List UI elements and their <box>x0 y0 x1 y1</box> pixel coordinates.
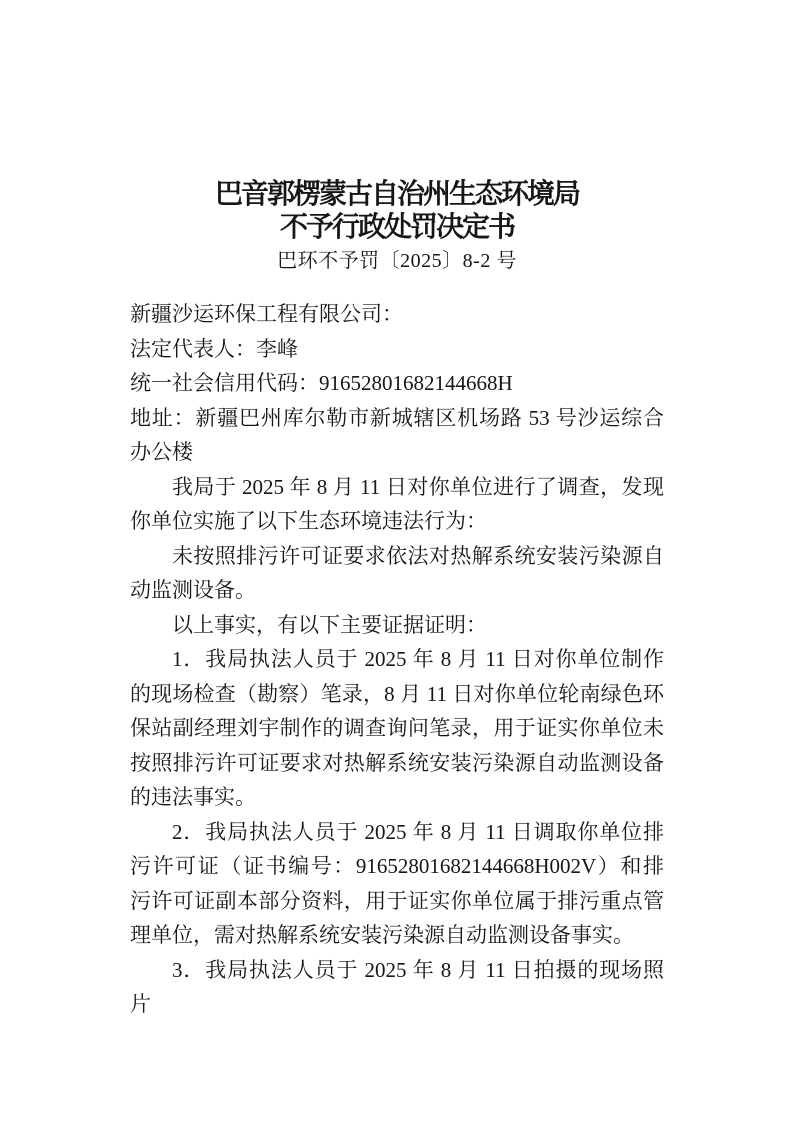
recipient-line: 新疆沙运环保工程有限公司： <box>130 297 664 332</box>
evidence-item-3: 3．我局执法人员于 2025 年 8 月 11 日拍摄的现场照片 <box>130 953 664 1022</box>
document-title-org: 巴音郭楞蒙古自治州生态环境局 <box>130 178 664 211</box>
evidence-intro-paragraph: 以上事实，有以下主要证据证明： <box>130 608 664 643</box>
violation-paragraph: 未按照排污许可证要求依法对热解系统安装污染源自动监测设备。 <box>130 539 664 608</box>
document-body: 新疆沙运环保工程有限公司： 法定代表人：李峰 统一社会信用代码：91652801… <box>130 297 664 1022</box>
investigation-paragraph: 我局于 2025 年 8 月 11 日对你单位进行了调查，发现你单位实施了以下生… <box>130 470 664 539</box>
evidence-item-1: 1．我局执法人员于 2025 年 8 月 11 日对你单位制作的现场检查（勘察）… <box>130 642 664 815</box>
document-page: 巴音郭楞蒙古自治州生态环境局 不予行政处罚决定书 巴环不予罚〔2025〕8-2 … <box>0 0 793 1122</box>
evidence-item-2: 2．我局执法人员于 2025 年 8 月 11 日调取你单位排污许可证（证书编号… <box>130 815 664 953</box>
credit-code-line: 统一社会信用代码：91652801682144668H <box>130 366 664 401</box>
address-line: 地址：新疆巴州库尔勒市新城辖区机场路 53 号沙运综合办公楼 <box>130 401 664 470</box>
legal-representative-line: 法定代表人：李峰 <box>130 332 664 367</box>
document-title: 巴音郭楞蒙古自治州生态环境局 不予行政处罚决定书 <box>130 178 664 244</box>
document-title-type: 不予行政处罚决定书 <box>130 211 664 244</box>
document-number: 巴环不予罚〔2025〕8-2 号 <box>130 248 664 274</box>
